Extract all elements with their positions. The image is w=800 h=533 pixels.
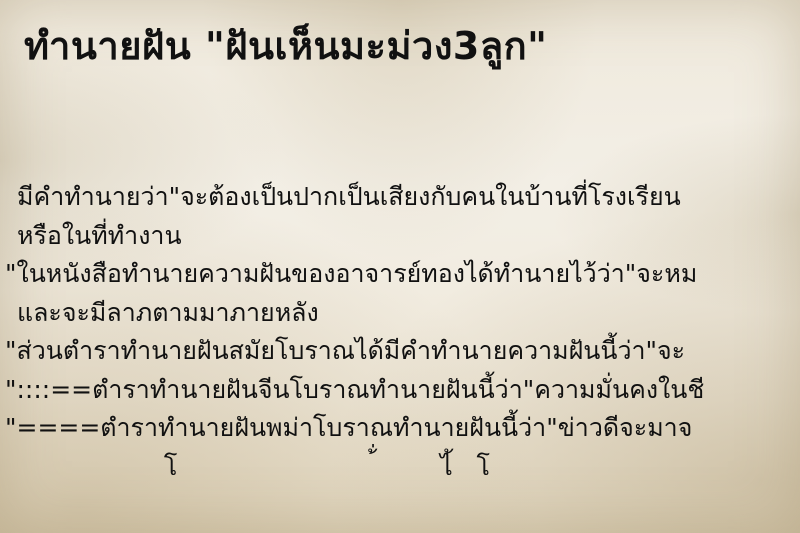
interpretation-line: "::::==ตำราทำนายฝันจีนโบราณทำนายฝันนี้ว่… xyxy=(0,371,800,410)
page-title: ทำนายฝัน "ฝันเห็นมะม่วง3ลูก" xyxy=(24,14,547,78)
interpretation-line: มีคำทำนายว่า"จะต้องเป็นปากเป็นเสียงกับคน… xyxy=(0,178,800,217)
interpretation-line: และจะมีลาภตามมาภายหลัง xyxy=(0,294,800,333)
dream-interpretation-body: มีคำทำนายว่า"จะต้องเป็นปากเป็นเสียงกับคน… xyxy=(0,178,800,486)
interpretation-line: "ส่วนตำราทำนายฝันสมัยโบราณได้มีคำทำนายคว… xyxy=(0,332,800,371)
interpretation-line: "ในหนังสือทำนายความฝันของอาจารย์ทองได้ทำ… xyxy=(0,255,800,294)
interpretation-line-cut-off: โ ้่ ไ้ โ xyxy=(0,448,800,487)
interpretation-line: หรือในที่ทำงาน xyxy=(0,217,800,256)
interpretation-line: "====ตำราทำนายฝันพม่าโบราณทำนายฝันนี้ว่า… xyxy=(0,409,800,448)
